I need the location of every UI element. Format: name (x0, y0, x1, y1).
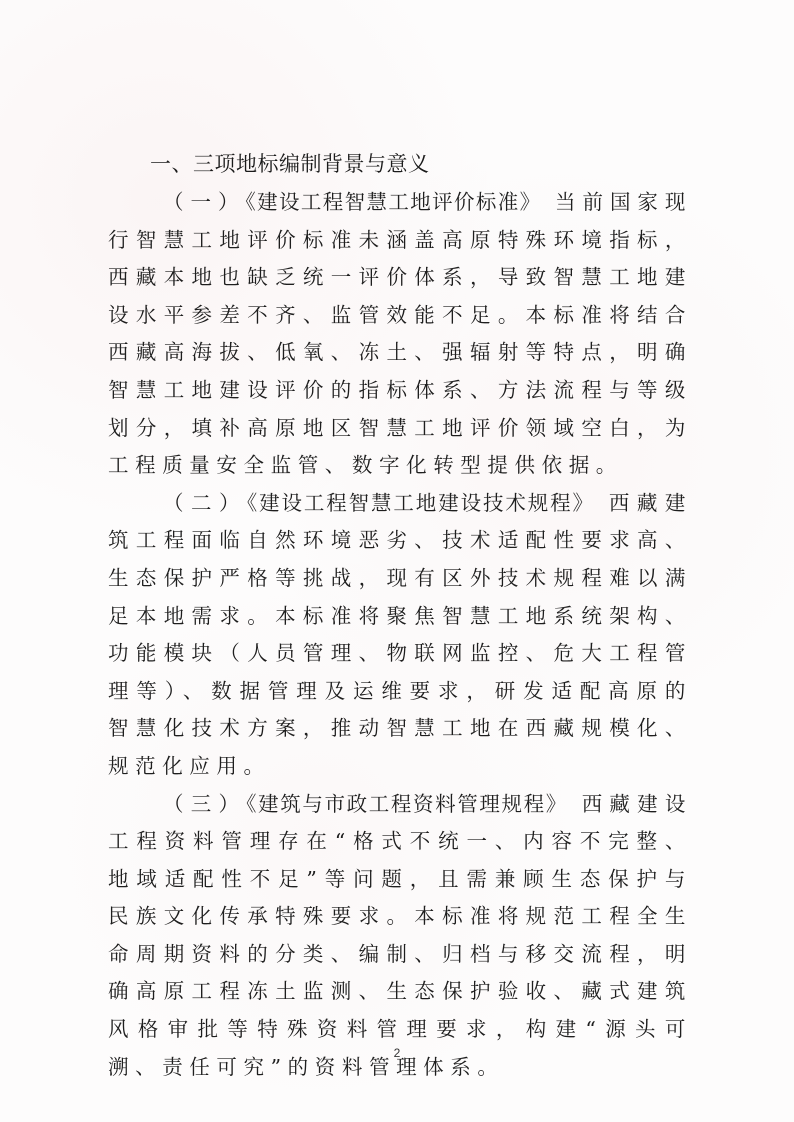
standard-title: 《建设工程智慧工地评价标准》 (245, 190, 541, 214)
section-label: （三） (163, 792, 246, 816)
page-number: 2 (0, 1046, 794, 1060)
standard-title: 《建设工程智慧工地建设技术规程》 (247, 491, 595, 515)
standard-title: 《建筑与市政工程资料管理规程》 (246, 792, 568, 816)
section-heading: 一、三项地标编制背景与意义 (108, 146, 692, 182)
section-label: （二） (163, 491, 247, 515)
section-label: （一） (163, 190, 245, 214)
paragraph-section-1: （一）《建设工程智慧工地评价标准》 当前国家现行智慧工地评价标准未涵盖高原特殊环… (108, 184, 692, 485)
paragraph-body: 西藏建筑工程面临自然环境恶劣、技术适配性要求高、生态保护严格等挑战，现有区外技术… (108, 491, 692, 778)
paragraph-section-3: （三）《建筑与市政工程资料管理规程》 西藏建设工程资料管理存在“格式不统一、内容… (108, 786, 692, 1087)
paragraph-body: 当前国家现行智慧工地评价标准未涵盖高原特殊环境指标，西藏本地也缺乏统一评价体系，… (108, 190, 692, 477)
document-page: 一、三项地标编制背景与意义 （一）《建设工程智慧工地评价标准》 当前国家现行智慧… (108, 146, 692, 1086)
paragraph-body: 西藏建设工程资料管理存在“格式不统一、内容不完整、地域适配性不足”等问题，且需兼… (108, 792, 692, 1079)
paragraph-section-2: （二）《建设工程智慧工地建设技术规程》 西藏建筑工程面临自然环境恶劣、技术适配性… (108, 485, 692, 786)
